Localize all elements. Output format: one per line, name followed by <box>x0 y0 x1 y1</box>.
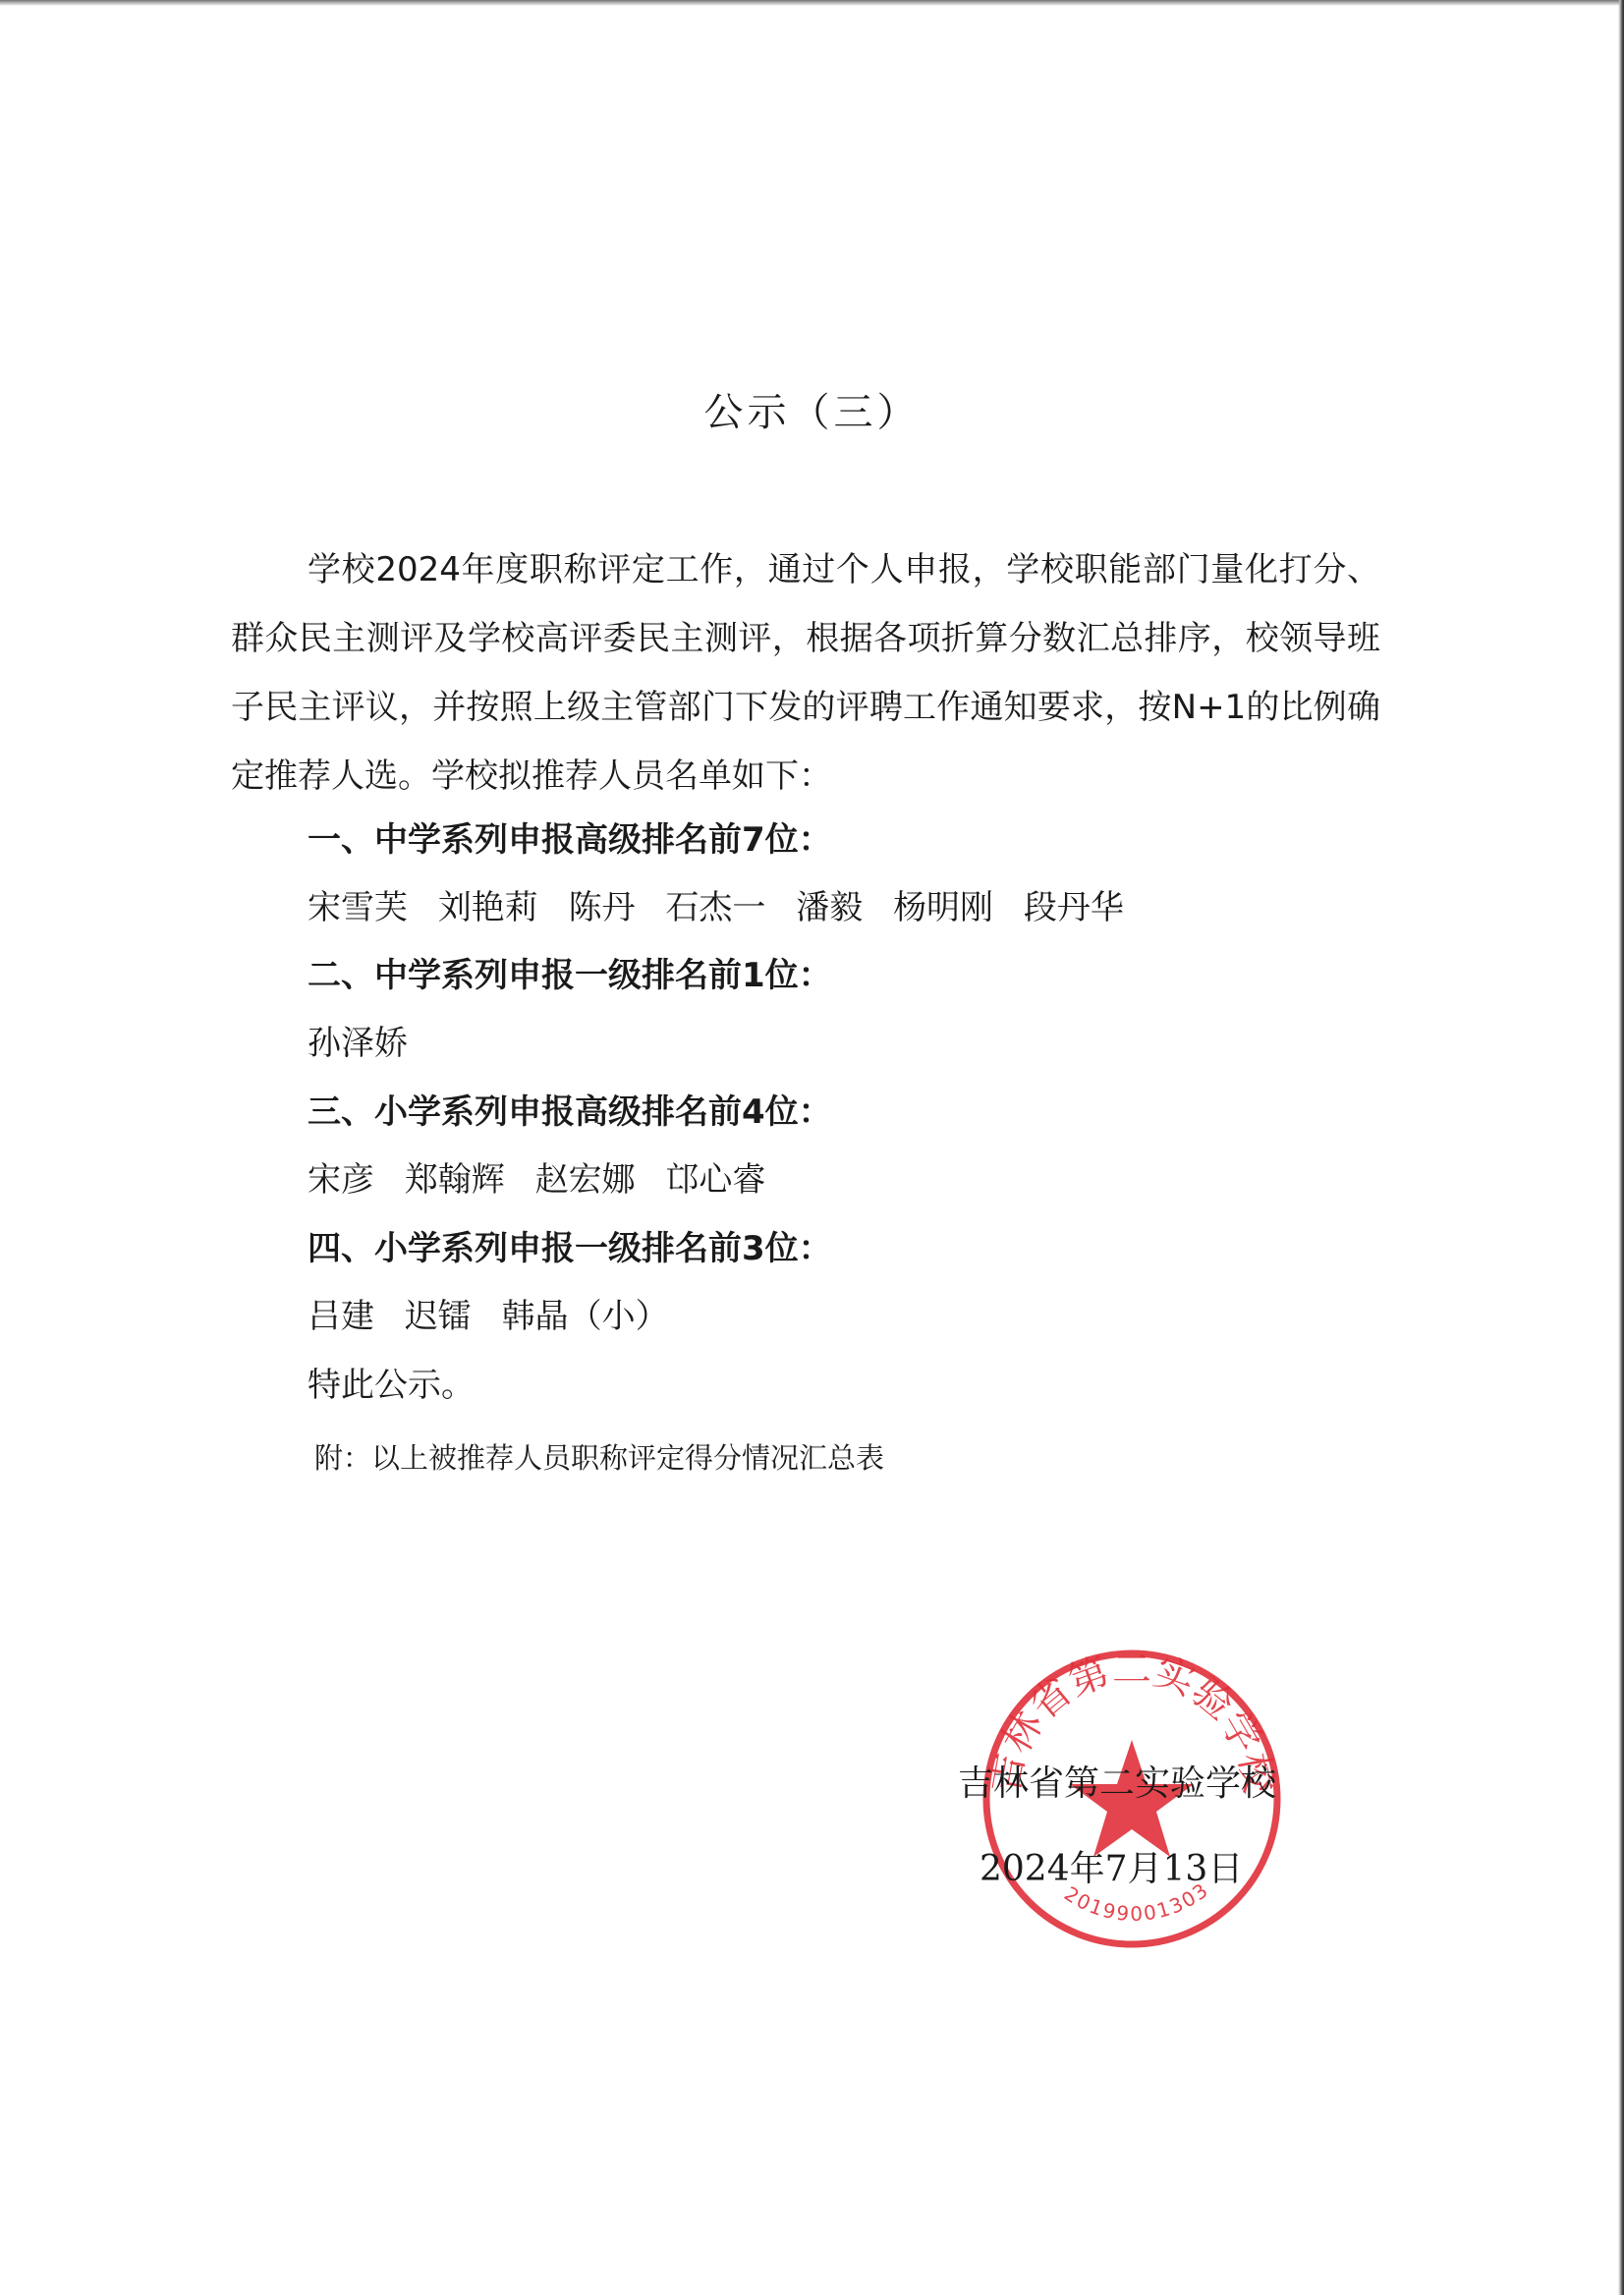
section-heading-1: 一、中学系列申报高级排名前7位： <box>308 818 832 862</box>
name-item: 韩晶（小） <box>502 1297 669 1336</box>
signature-date: 2024年7月13日 <box>980 1841 1243 1891</box>
closing-text: 特此公示。 <box>308 1364 475 1407</box>
name-item: 石杰一 <box>665 888 765 927</box>
name-item: 段丹华 <box>1024 888 1124 927</box>
section-heading-3: 三、小学系列申报高级排名前4位： <box>308 1091 832 1134</box>
scan-edge-top <box>0 0 1624 6</box>
name-item: 刘艳莉 <box>438 888 538 927</box>
name-item: 潘毅 <box>796 888 863 927</box>
name-item: 郑翰辉 <box>405 1160 505 1200</box>
section-names-2: 孙泽娇 <box>308 1022 427 1065</box>
signature-organization: 吉林省第二实验学校 <box>958 1756 1276 1806</box>
page-title: 公示（三） <box>0 381 1624 437</box>
name-item: 邙心睿 <box>665 1160 765 1200</box>
name-item: 宋雪芙 <box>308 888 408 927</box>
name-item: 陈丹 <box>569 888 636 927</box>
body-paragraph: 学校2024年度职称评定工作，通过个人申报，学校职能部门量化打分、群众民主测评及… <box>231 535 1380 811</box>
scan-edge-right <box>1618 0 1624 2295</box>
name-item: 孙泽娇 <box>308 1024 408 1063</box>
section-heading-4: 四、小学系列申报一级排名前3位： <box>308 1227 832 1270</box>
name-item: 迟镭 <box>405 1297 472 1336</box>
name-item: 吕建 <box>308 1297 374 1336</box>
section-names-4: 吕建 迟镭 韩晶（小） <box>308 1295 689 1338</box>
name-item: 杨明刚 <box>893 888 993 927</box>
section-heading-2: 二、中学系列申报一级排名前1位： <box>308 954 832 997</box>
attachment-note: 附：以上被推荐人员职称评定得分情况汇总表 <box>314 1436 884 1480</box>
name-item: 宋彦 <box>308 1160 374 1200</box>
section-names-3: 宋彦 郑翰辉 赵宏娜 邙心睿 <box>308 1158 785 1202</box>
section-names-1: 宋雪芙 刘艳莉 陈丹 石杰一 潘毅 杨明刚 段丹华 <box>308 886 1144 929</box>
name-item: 赵宏娜 <box>535 1160 636 1200</box>
